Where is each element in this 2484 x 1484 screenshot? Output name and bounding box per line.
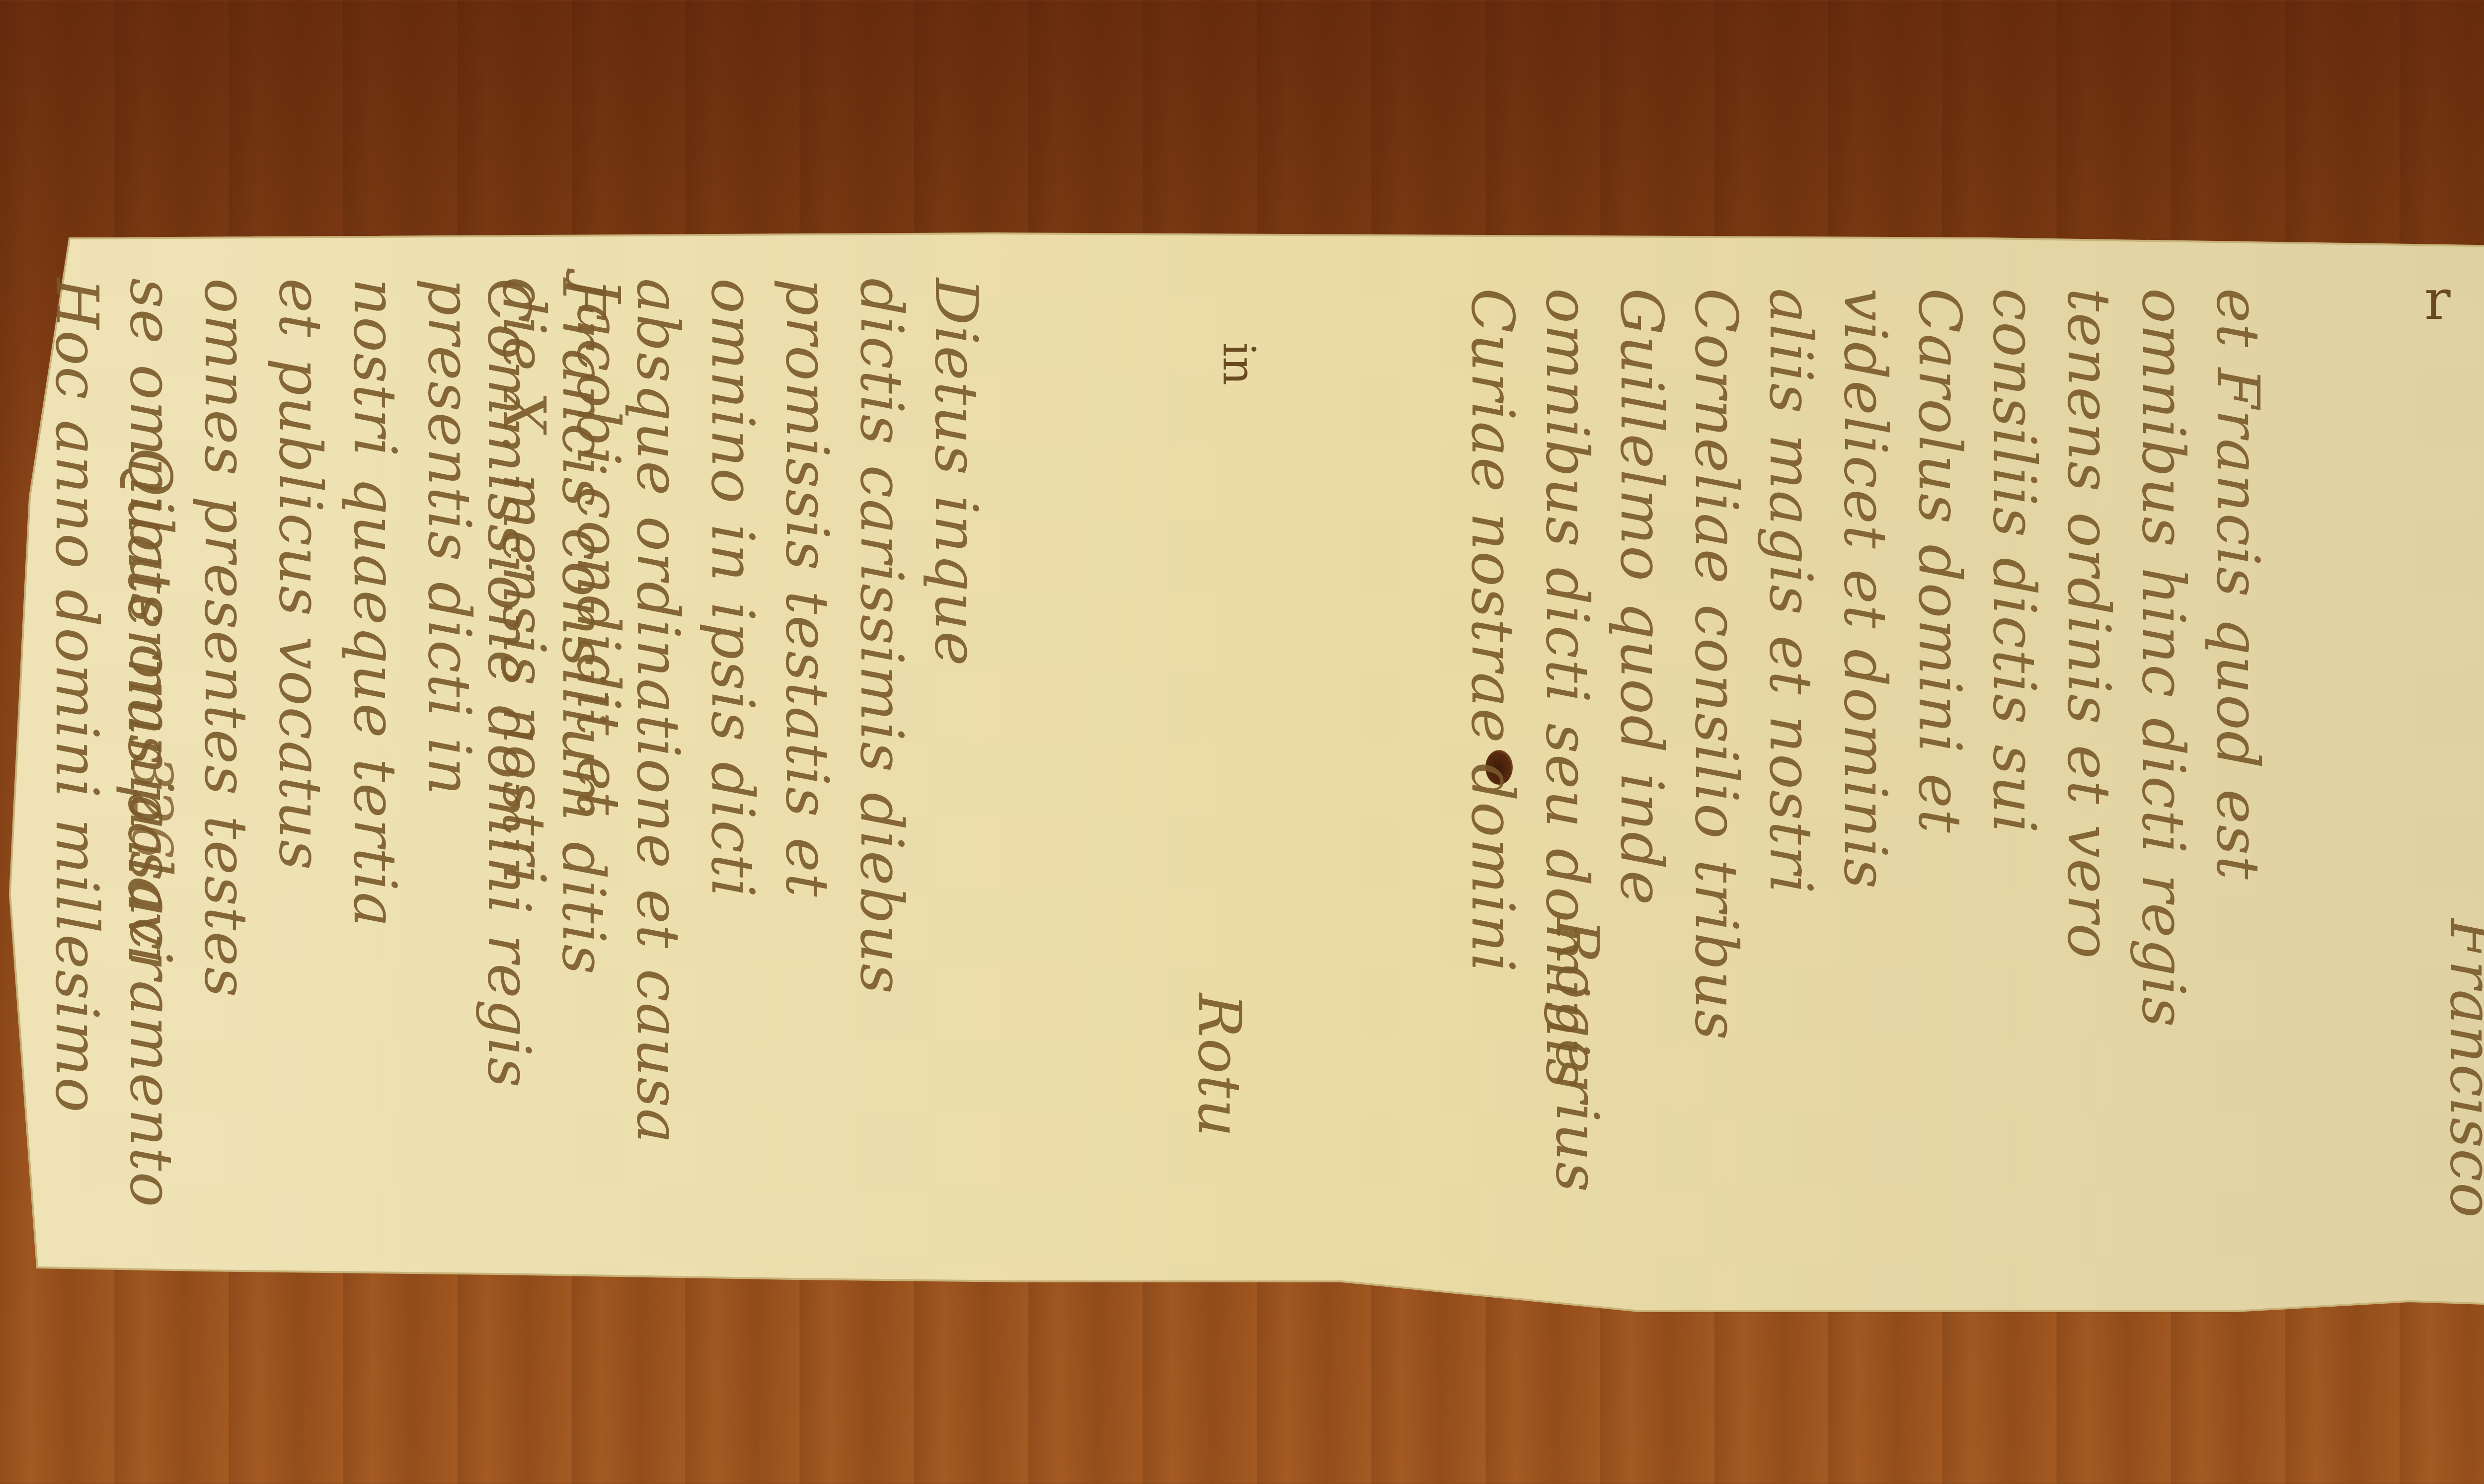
signature: Rotu bbox=[1182, 993, 1257, 1138]
middle-text-block: Dietus inque dictis carissimis diebus pr… bbox=[472, 278, 994, 1144]
corner-mark: r bbox=[2424, 268, 2451, 332]
text-line: Guillelmo quod inde bbox=[1605, 288, 1679, 1089]
text-line: et publicus vocatus bbox=[263, 278, 338, 1208]
text-line: omnibus hinc dicti regis bbox=[2126, 288, 2201, 1089]
text-line: Francis consilium ditis bbox=[546, 278, 621, 1144]
text-line: Hoc anno domini millesimo bbox=[40, 278, 114, 1208]
text-line: dictis carissimis diebus bbox=[845, 278, 919, 1144]
text-line: Dietus inque bbox=[919, 278, 994, 1144]
text-line: promissis testatis et bbox=[770, 278, 845, 1144]
text-line: Curiae nostrae domini bbox=[1456, 288, 1530, 1089]
text-line: videlicet et dominis bbox=[1828, 288, 1903, 1089]
text-line: Carolus domini et bbox=[1903, 288, 1977, 1089]
text-line: et Francis quod est bbox=[2201, 288, 2275, 1089]
closing-word: Rogerius bbox=[1540, 919, 1615, 1193]
text-line: consiliis dictis sui bbox=[1977, 288, 2052, 1089]
text-line: Commissione domini regis bbox=[472, 278, 546, 1144]
text-line: se omnibus omnia sacramento bbox=[114, 278, 189, 1208]
text-line: nostri quaeque tertia bbox=[338, 278, 412, 1208]
text-line: omnes presentes testes bbox=[189, 278, 263, 1208]
top-note: Francisco bbox=[2434, 919, 2484, 1219]
text-line: tenens ordinis et vero bbox=[2052, 288, 2126, 1089]
small-mark: in bbox=[1213, 342, 1265, 385]
text-line: absque ordinatione et causa bbox=[621, 278, 696, 1144]
text-line: omnino in ipsis dicti bbox=[696, 278, 770, 1144]
text-line: Corneliae consilio tribus bbox=[1679, 288, 1754, 1089]
text-line: aliis magis et nostri bbox=[1754, 288, 1828, 1089]
